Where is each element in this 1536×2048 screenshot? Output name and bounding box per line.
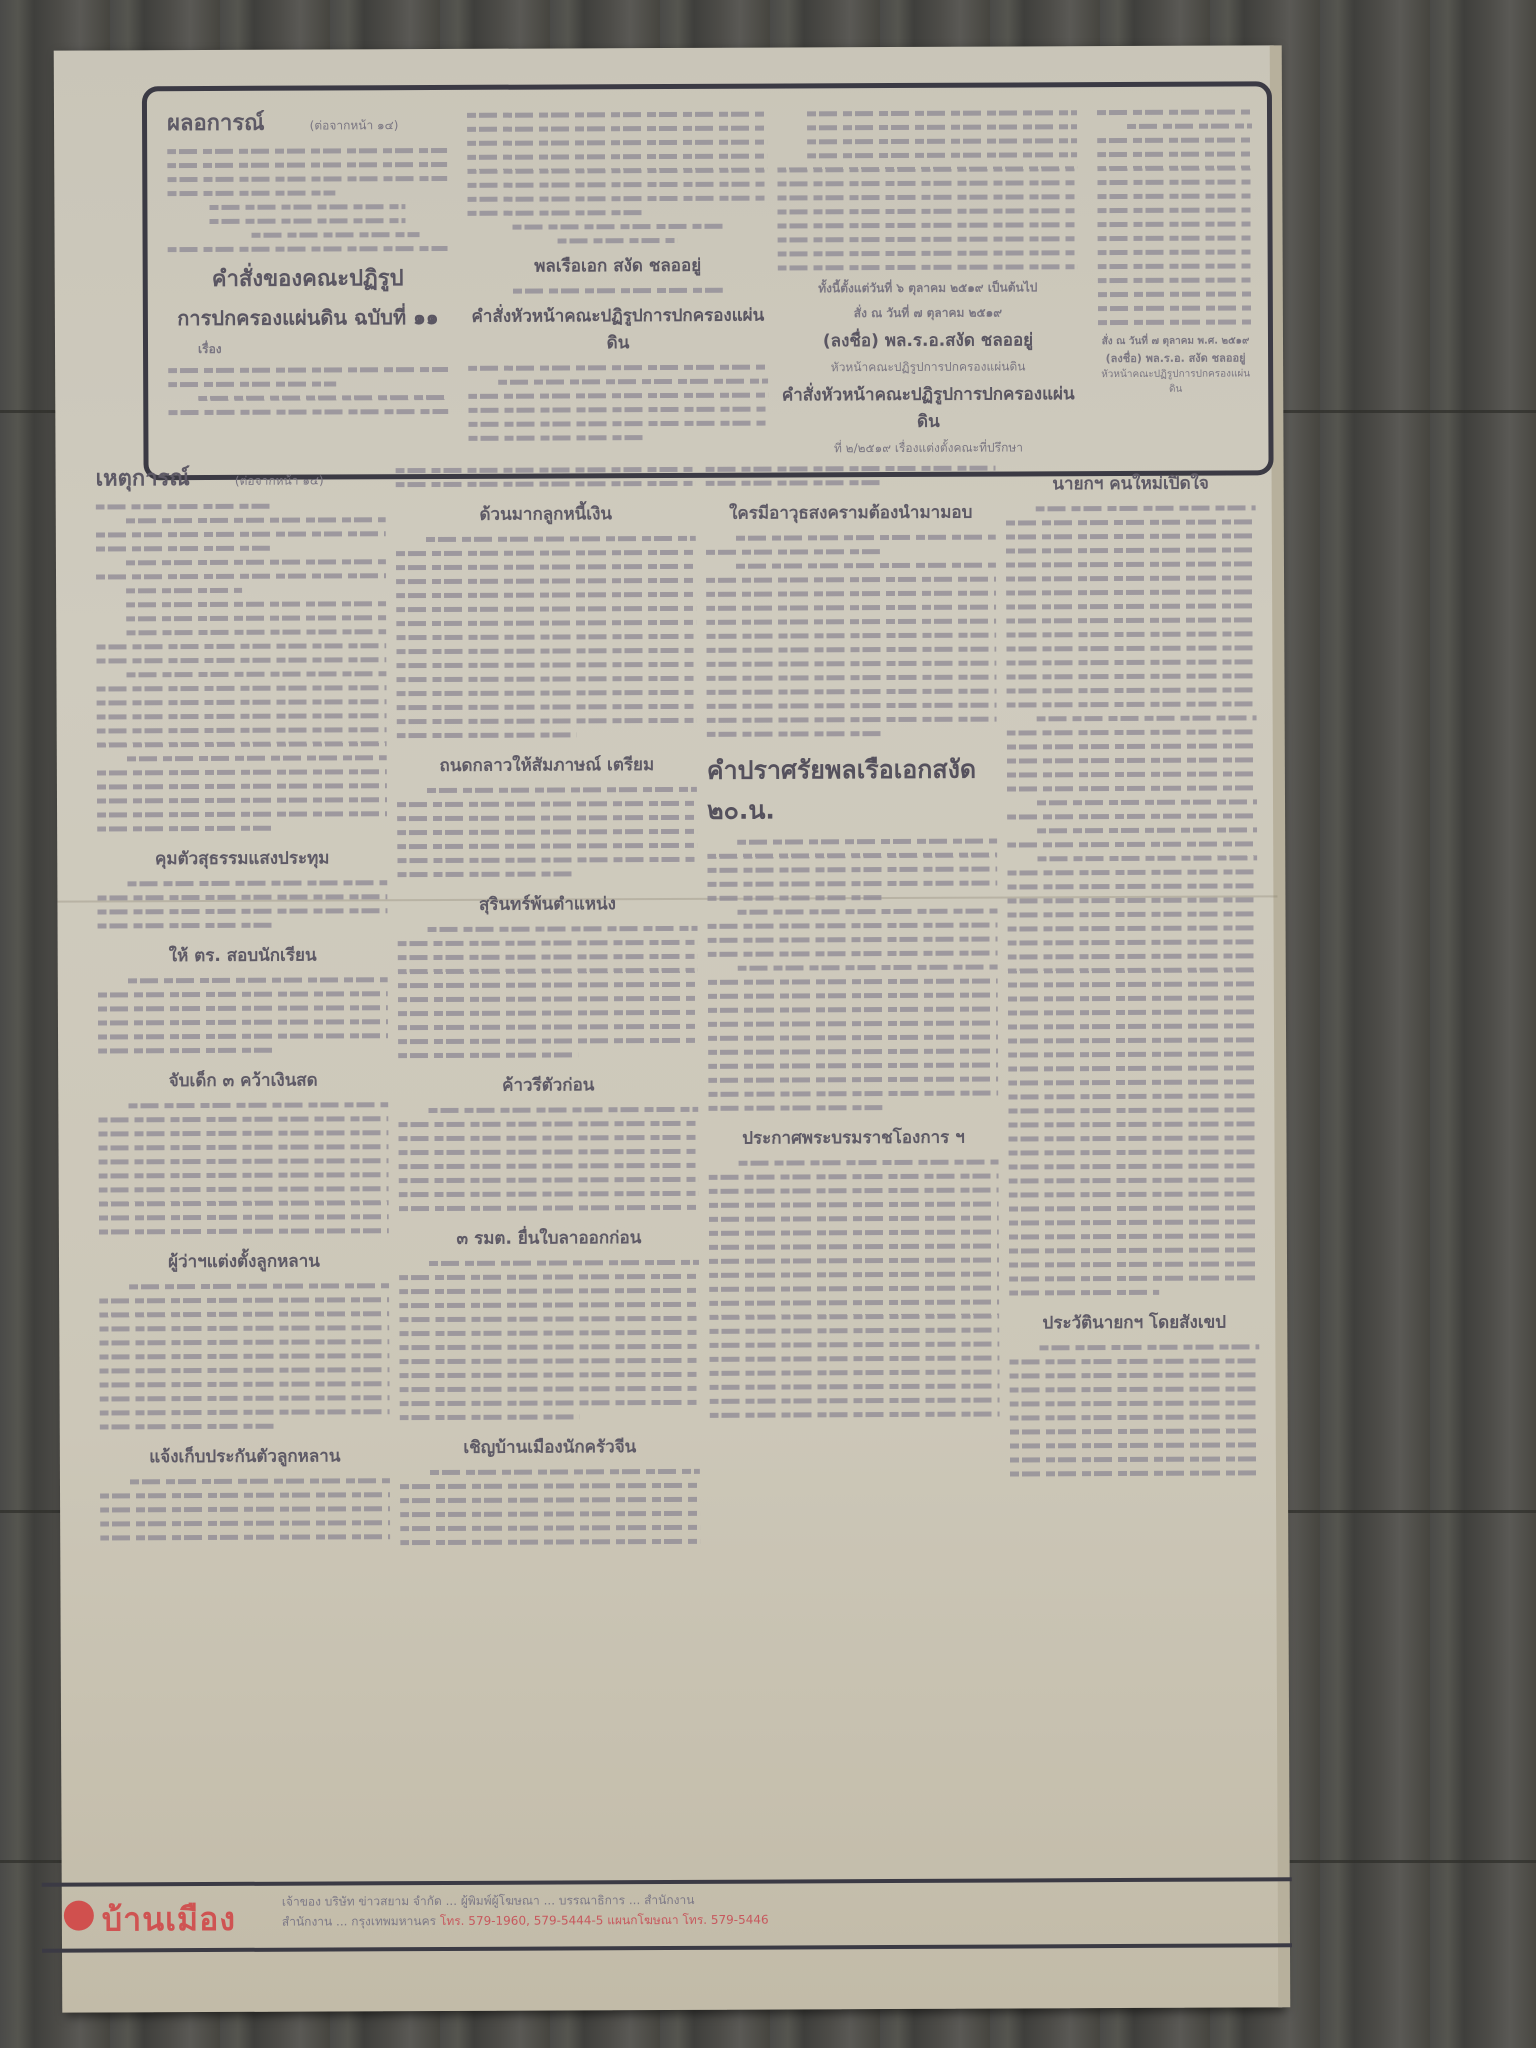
- section-heading: จับเด็ก ๓ คว้าเงินสด: [98, 1066, 388, 1094]
- text-line: [397, 690, 697, 696]
- text-line: [397, 871, 577, 877]
- text-line: [97, 894, 387, 900]
- text-line: [1007, 841, 1257, 847]
- text-line: [467, 182, 767, 188]
- text-line: [397, 843, 697, 849]
- text-line: [1008, 1079, 1258, 1085]
- text-line: [100, 1534, 390, 1540]
- text-line: [807, 124, 1077, 130]
- text-line: [709, 1258, 999, 1264]
- text-line: [1008, 939, 1258, 945]
- text-line: [1008, 967, 1258, 973]
- top-col-3: ทั้งนี้ตั้งแต่วันที่ ๖ ตุลาคม ๒๕๑๙ เป็นต…: [777, 101, 1079, 462]
- column-2: ด้วนมากลูกหนี้เงิน ถนดกลาวให้สัมภาษณ์ เต…: [396, 458, 702, 1869]
- text-line: [707, 853, 997, 859]
- text-line: [709, 1356, 999, 1362]
- text-line: [777, 194, 1077, 200]
- text-line: [97, 811, 387, 817]
- text-line: [710, 1384, 1000, 1390]
- text-line: [398, 1052, 578, 1058]
- text-line: [709, 1202, 999, 1208]
- text-line: [1006, 533, 1256, 539]
- text-line: [129, 1283, 389, 1289]
- text-line: [736, 563, 996, 569]
- text-line: [1010, 1428, 1260, 1434]
- text-line: [98, 1005, 388, 1011]
- text-line: [1006, 631, 1256, 637]
- continued-note: (ต่อจากหน้า ๑๔): [310, 118, 399, 132]
- text-line: [706, 605, 996, 611]
- text-line: [1007, 883, 1257, 889]
- ad-phone: แผนกโฆษณา โทร. 579-5446: [607, 1913, 768, 1928]
- text-line: [396, 662, 696, 668]
- text-line: [807, 110, 1077, 116]
- text-line: [709, 1370, 999, 1376]
- text-line: [807, 138, 1077, 144]
- text-line: [128, 977, 388, 983]
- text-line: [777, 208, 1077, 214]
- text-line: [1009, 1261, 1259, 1267]
- text-line: [736, 535, 996, 541]
- text-line: [1008, 1093, 1258, 1099]
- text-line: [398, 982, 698, 988]
- text-line: [467, 140, 767, 146]
- text-line: [127, 755, 387, 761]
- text-line: [706, 549, 880, 555]
- section-heading: นายกฯ คนใหม่เปิดใจ: [1006, 469, 1256, 497]
- text-line: [708, 1021, 998, 1027]
- text-line: [97, 741, 387, 747]
- text-line: [1006, 603, 1256, 609]
- text-line: [1008, 1121, 1258, 1127]
- text-line: [1007, 701, 1257, 707]
- text-line: [1006, 519, 1256, 525]
- text-line: [1009, 1275, 1259, 1281]
- order-date: สั่ง ณ วันที่ ๗ ตุลาคม ๒๕๑๙: [778, 303, 1078, 323]
- text-line: [396, 564, 696, 570]
- text-line: [130, 1478, 390, 1484]
- text-line: [778, 264, 1078, 270]
- text-line: [96, 643, 386, 649]
- signer-name: พลเรือเอก สงัด ชลออยู่: [468, 252, 768, 280]
- text-line: [709, 1342, 999, 1348]
- text-line: [1007, 757, 1257, 763]
- text-line: [707, 689, 997, 695]
- text-line: [706, 647, 996, 653]
- text-line: [709, 1286, 999, 1292]
- text-line: [468, 393, 768, 399]
- text-line: [126, 559, 386, 565]
- text-line: [708, 1063, 998, 1069]
- text-line: [100, 1520, 390, 1526]
- text-line: [1009, 1358, 1259, 1364]
- text-line: [1097, 109, 1252, 115]
- text-line: [708, 937, 998, 943]
- text-line: [777, 180, 1077, 186]
- text-line: [396, 481, 696, 487]
- text-line: [398, 1010, 698, 1016]
- text-line: [99, 1297, 389, 1303]
- text-line: [1010, 1470, 1260, 1476]
- text-line: [708, 1007, 998, 1013]
- subject-label: เรื่อง: [198, 339, 448, 359]
- order-heading: คำสั่งของคณะปฏิรูป: [168, 260, 448, 296]
- text-line: [707, 881, 997, 887]
- text-line: [707, 895, 881, 901]
- text-line: [709, 1300, 999, 1306]
- text-line: [468, 407, 768, 413]
- text-line: [1008, 1023, 1258, 1029]
- column-1: เหตุการณ์ (ต่อจากหน้า ๑๔) คุมตัวสุธรรมแส…: [96, 459, 392, 1870]
- text-line: [1006, 561, 1256, 567]
- text-line: [467, 196, 767, 202]
- section-heading: ใครมีอาวุธสงครามต้องนำมามอบ: [706, 499, 996, 527]
- text-line: [1097, 193, 1252, 199]
- text-line: [399, 1316, 699, 1322]
- text-line: [396, 634, 696, 640]
- text-line: [99, 1200, 389, 1206]
- text-line: [97, 908, 387, 914]
- text-line: [498, 379, 768, 385]
- text-line: [396, 606, 696, 612]
- text-line: [99, 1325, 389, 1331]
- text-line: [707, 867, 997, 873]
- publisher-info: เจ้าของ บริษัท ข่าวสยาม จำกัด ... ผู้พิม…: [282, 1888, 1212, 1932]
- text-line: [710, 1412, 1000, 1418]
- text-line: [1008, 1135, 1258, 1141]
- main-headline: คำปราศรัยพลเรือเอกสงัด ๒๐.น.: [707, 750, 997, 831]
- section-heading: ๓ รมต. ยื่นใบลาออกก่อน: [399, 1224, 699, 1252]
- text-line: [1098, 319, 1253, 325]
- text-line: [1008, 1065, 1258, 1071]
- signer-title: หัวหน้าคณะปฏิรูปการปกครองแผ่นดิน: [778, 357, 1078, 377]
- text-line: [398, 1135, 698, 1141]
- text-line: [708, 951, 998, 957]
- text-line: [709, 1230, 999, 1236]
- order-heading: คำสั่งหัวหน้าคณะปฏิรูปการปกครองแผ่นดิน: [778, 380, 1078, 435]
- text-line: [400, 1539, 700, 1545]
- text-line: [397, 718, 697, 724]
- text-line: [126, 671, 386, 677]
- text-line: [1097, 165, 1252, 171]
- text-line: [708, 1105, 882, 1111]
- text-line: [1097, 179, 1252, 185]
- text-line: [708, 1077, 998, 1083]
- text-line: [778, 250, 1078, 256]
- logo-emblem-icon: [64, 1901, 94, 1931]
- text-line: [708, 979, 998, 985]
- text-line: [1010, 1414, 1260, 1420]
- text-line: [708, 923, 998, 929]
- text-line: [396, 676, 696, 682]
- order-heading-2: การปกครองแผ่นดิน ฉบับที่ ๑๑: [168, 301, 448, 334]
- text-line: [396, 620, 696, 626]
- text-line: [1010, 1456, 1260, 1462]
- newspaper-logo: บ้านเมือง: [102, 1894, 236, 1946]
- text-line: [739, 1160, 999, 1166]
- text-line: [397, 801, 697, 807]
- text-line: [708, 1035, 998, 1041]
- signer-name: (ลงชื่อ) พล.ร.อ.สงัด ชลออยู่: [778, 326, 1078, 354]
- text-line: [396, 592, 696, 598]
- text-line: [399, 1302, 699, 1308]
- text-line: [468, 435, 648, 441]
- text-line: [1098, 249, 1253, 255]
- text-line: [97, 699, 387, 705]
- text-line: [1009, 1247, 1259, 1253]
- text-line: [128, 1102, 388, 1108]
- section-heading: ผู้ว่าฯแต่งตั้งลูกหลาน: [99, 1247, 389, 1275]
- text-line: [126, 588, 242, 594]
- column-title: เหตุการณ์: [96, 466, 190, 491]
- text-line: [98, 1033, 388, 1039]
- text-line: [1010, 1372, 1260, 1378]
- text-line: [168, 409, 448, 415]
- text-line: [96, 531, 386, 537]
- text-line: [1009, 1290, 1159, 1296]
- text-line: [1006, 617, 1256, 623]
- text-line: [126, 615, 386, 621]
- text-line: [468, 365, 768, 371]
- text-line: [168, 246, 448, 252]
- text-line: [98, 923, 272, 929]
- text-line: [397, 829, 697, 835]
- text-line: [1008, 925, 1258, 931]
- text-line: [399, 1330, 699, 1336]
- text-line: [396, 648, 696, 654]
- text-line: [709, 1216, 999, 1222]
- text-line: [513, 288, 723, 294]
- text-line: [396, 467, 696, 473]
- text-line: [706, 466, 996, 472]
- text-line: [1127, 123, 1252, 129]
- text-line: [1098, 263, 1253, 269]
- section-title: ผลอการณ์: [167, 111, 265, 136]
- text-line: [1008, 995, 1258, 1001]
- text-line: [100, 1409, 390, 1415]
- signer-title: หัวหน้าคณะปฏิรูปการปกครองแผ่นดิน: [1098, 366, 1253, 397]
- text-line: [398, 940, 698, 946]
- text-line: [1098, 305, 1253, 311]
- text-line: [100, 1492, 390, 1498]
- section-heading: ประวัตินายกฯ โดยสังเขป: [1009, 1308, 1259, 1336]
- text-line: [512, 224, 722, 230]
- text-line: [399, 1191, 699, 1197]
- text-line: [1097, 151, 1252, 157]
- text-line: [1008, 1051, 1258, 1057]
- text-line: [209, 204, 405, 210]
- column-3: ใครมีอาวุธสงครามต้องนำมามอบ คำปราศรัยพลเ…: [706, 457, 1002, 1868]
- text-line: [400, 1497, 700, 1503]
- text-line: [1007, 897, 1257, 903]
- section-heading: ประกาศพระบรมราชโองการ ฯ: [708, 1124, 998, 1152]
- text-line: [96, 504, 270, 510]
- text-line: [778, 236, 1078, 242]
- text-line: [709, 1328, 999, 1334]
- text-line: [737, 909, 997, 915]
- text-line: [399, 1149, 699, 1155]
- text-line: [777, 166, 1077, 172]
- text-line: [396, 578, 696, 584]
- column-4: นายกฯ คนใหม่เปิดใจ ประวัตินายกฯ โดยสังเข…: [1006, 455, 1262, 1866]
- text-line: [1006, 589, 1256, 595]
- text-line: [707, 731, 881, 737]
- text-line: [399, 1344, 699, 1350]
- text-line: [709, 1314, 999, 1320]
- text-line: [167, 162, 447, 168]
- order-heading: คำสั่งหัวหน้าคณะปฏิรูปการปกครองแผ่นดิน: [468, 302, 768, 357]
- text-line: [398, 954, 698, 960]
- text-line: [1006, 547, 1256, 553]
- text-line: [100, 1424, 274, 1430]
- text-line: [398, 1121, 698, 1127]
- top-col-2: พลเรือเอก สงัด ชลออยู่ คำสั่งหัวหน้าคณะป…: [467, 103, 769, 464]
- text-line: [126, 601, 386, 607]
- text-line: [706, 633, 996, 639]
- text-line: [97, 727, 387, 733]
- section-heading: สุรินทร์พ้นตำแหน่ง: [397, 890, 697, 918]
- text-line: [398, 968, 698, 974]
- text-line: [1007, 687, 1257, 693]
- text-line: [99, 1339, 389, 1345]
- text-line: [708, 1049, 998, 1055]
- text-line: [97, 713, 387, 719]
- section-heading: ด้วนมากลูกหนี้เงิน: [396, 500, 696, 528]
- text-line: [99, 1214, 389, 1220]
- text-line: [99, 1144, 389, 1150]
- text-line: [98, 1130, 388, 1136]
- text-line: [708, 1091, 998, 1097]
- text-line: [399, 1274, 699, 1280]
- top-col-4: สั่ง ณ วันที่ ๗ ตุลาคม พ.ศ. ๒๕๑๙ (ลงชื่อ…: [1097, 100, 1254, 461]
- footer-masthead: บ้านเมือง เจ้าของ บริษัท ข่าวสยาม จำกัด …: [42, 1877, 1292, 1952]
- text-line: [737, 839, 997, 845]
- text-line: [97, 769, 387, 775]
- text-line: [168, 367, 448, 373]
- text-line: [398, 996, 698, 1002]
- text-line: [709, 1244, 999, 1250]
- text-line: [397, 704, 697, 710]
- text-line: [1098, 277, 1253, 283]
- order-date: สั่ง ณ วันที่ ๗ ตุลาคม พ.ศ. ๒๕๑๙: [1098, 333, 1253, 349]
- text-line: [1008, 1107, 1258, 1113]
- text-line: [1007, 729, 1257, 735]
- text-line: [1009, 1219, 1259, 1225]
- text-line: [430, 1469, 700, 1475]
- text-line: [1007, 785, 1257, 791]
- text-line: [399, 1358, 699, 1364]
- text-line: [428, 1107, 698, 1113]
- text-line: [1037, 827, 1257, 833]
- text-line: [167, 148, 447, 154]
- text-line: [400, 1511, 700, 1517]
- phone-numbers: โทร. 579-1960, 579-5444-5: [440, 1913, 604, 1928]
- text-line: [99, 1311, 389, 1317]
- text-line: [807, 152, 1077, 158]
- text-line: [97, 826, 271, 832]
- text-line: [97, 783, 387, 789]
- text-line: [429, 1260, 699, 1266]
- top-col-1: ผลอการณ์ (ต่อจากหน้า ๑๔) คำสั่งของคณะปฏิ…: [167, 104, 449, 465]
- text-line: [428, 926, 698, 932]
- text-line: [707, 703, 997, 709]
- text-line: [467, 126, 767, 132]
- text-line: [397, 857, 697, 863]
- text-line: [1009, 1149, 1259, 1155]
- text-line: [168, 381, 336, 387]
- text-line: [467, 168, 767, 174]
- text-line: [399, 1205, 699, 1211]
- text-line: [100, 1381, 390, 1387]
- top-announcement-box: ผลอการณ์ (ต่อจากหน้า ๑๔) คำสั่งของคณะปฏิ…: [142, 81, 1274, 480]
- text-line: [1009, 1205, 1259, 1211]
- text-line: [1037, 855, 1257, 861]
- text-line: [252, 232, 420, 238]
- text-line: [97, 685, 387, 691]
- text-line: [738, 965, 998, 971]
- text-line: [98, 991, 388, 997]
- text-line: [400, 1525, 700, 1531]
- text-line: [209, 218, 405, 224]
- text-line: [709, 1272, 999, 1278]
- text-line: [99, 1228, 389, 1234]
- text-line: [1006, 673, 1256, 679]
- text-line: [1006, 575, 1256, 581]
- text-line: [98, 1116, 388, 1122]
- text-line: [96, 657, 386, 663]
- text-line: [1098, 235, 1253, 241]
- section-heading: ให้ ตร. สอบนักเรียน: [98, 941, 388, 969]
- text-line: [1009, 1163, 1259, 1169]
- text-line: [400, 1386, 700, 1392]
- text-line: [706, 591, 996, 597]
- text-line: [1007, 911, 1257, 917]
- text-line: [427, 787, 697, 793]
- signer-name: (ลงชื่อ) พล.ร.อ. สงัด ชลออยู่: [1098, 348, 1253, 367]
- continued-note: (ต่อจากหน้า ๑๔): [235, 473, 324, 487]
- text-line: [397, 815, 697, 821]
- text-line: [1007, 813, 1257, 819]
- text-line: [1009, 1191, 1259, 1197]
- text-line: [99, 1158, 389, 1164]
- text-line: [100, 1506, 390, 1512]
- text-line: [1008, 1037, 1258, 1043]
- text-line: [99, 1172, 389, 1178]
- text-line: [1036, 505, 1256, 511]
- section-heading: ค้าวรีตัวก่อน: [398, 1071, 698, 1099]
- text-line: [167, 176, 447, 182]
- text-line: [777, 222, 1077, 228]
- text-line: [126, 629, 386, 635]
- text-line: [1007, 743, 1257, 749]
- text-line: [97, 797, 387, 803]
- text-line: [1037, 799, 1257, 805]
- section-heading: ถนดกลาวให้สัมภาษณ์ เตรียม: [397, 751, 697, 779]
- text-line: [1008, 953, 1258, 959]
- text-line: [1037, 715, 1257, 721]
- text-line: [399, 1163, 699, 1169]
- text-line: [127, 880, 387, 886]
- text-line: [467, 210, 647, 216]
- text-line: [467, 154, 767, 160]
- text-line: [1008, 981, 1258, 987]
- text-line: [399, 1288, 699, 1294]
- text-line: [96, 546, 270, 552]
- text-line: [710, 1398, 1000, 1404]
- publisher-address: สำนักงาน ... กรุงเทพมหานคร: [282, 1914, 436, 1929]
- section-heading: เชิญบ้านเมืองนักครัวจีน: [400, 1433, 700, 1461]
- text-line: [1010, 1386, 1260, 1392]
